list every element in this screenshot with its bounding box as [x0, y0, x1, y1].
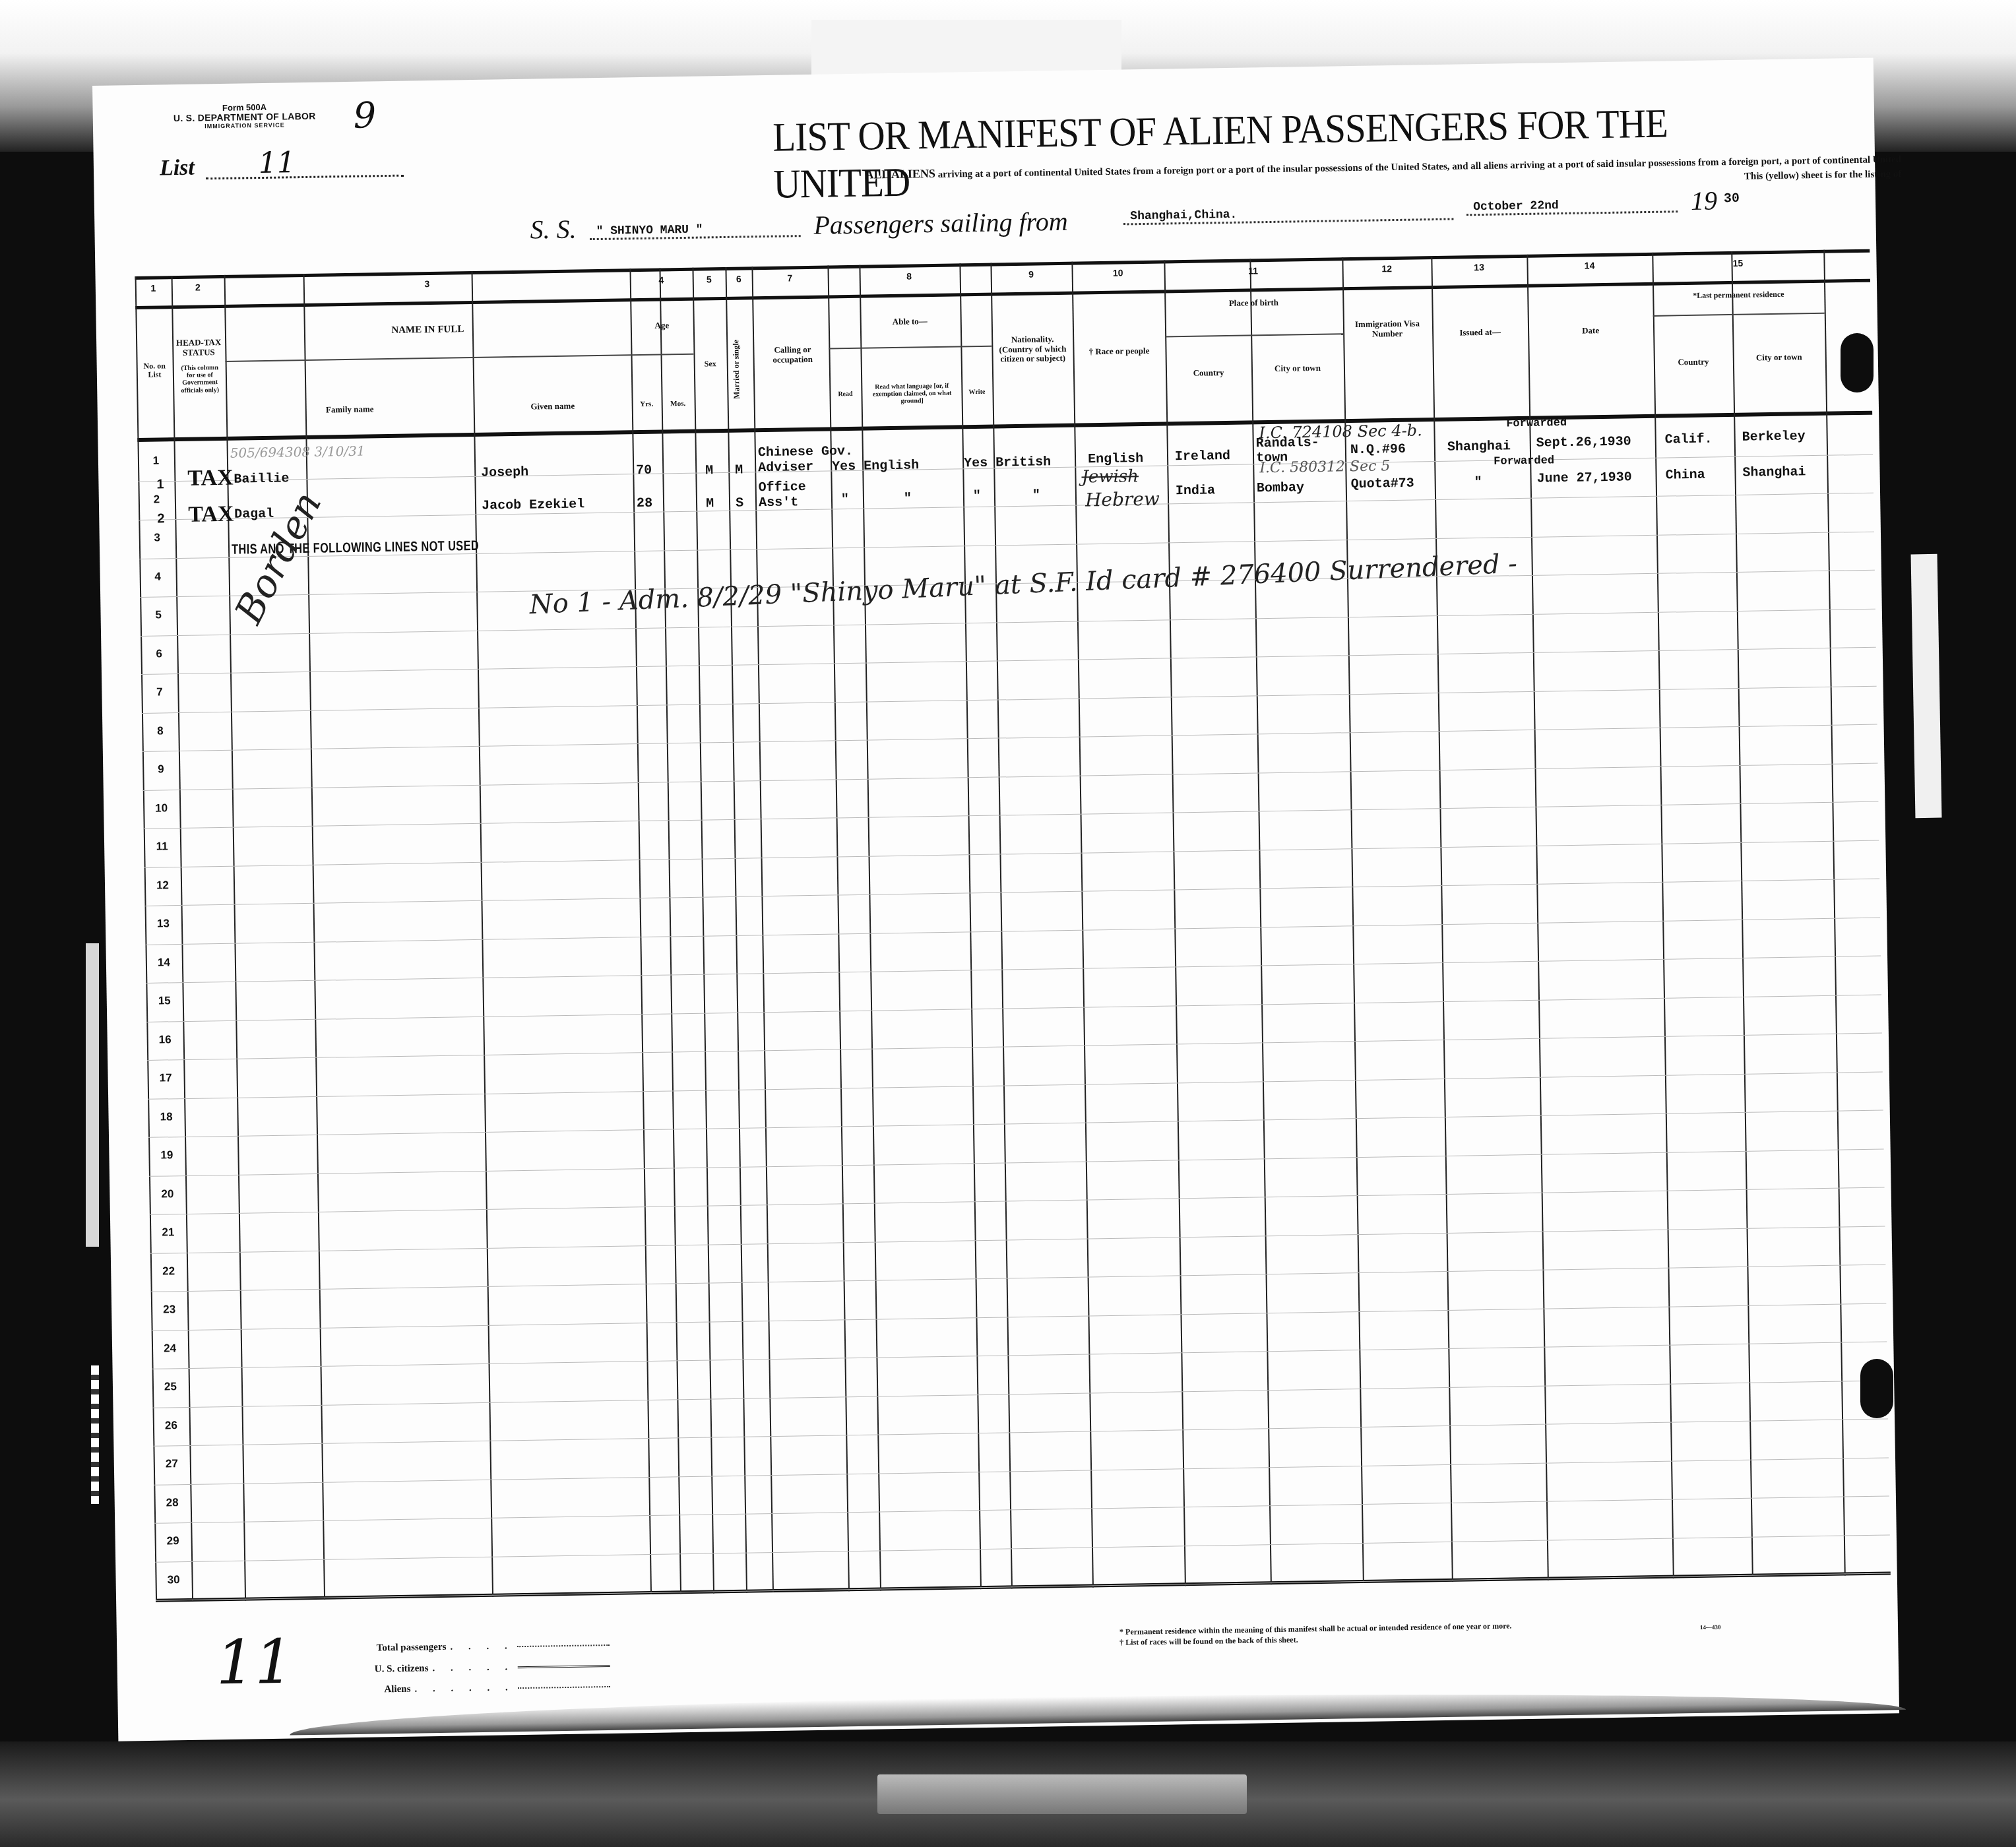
row1-nationality: British [995, 455, 1051, 470]
row-number: 29 [155, 1534, 191, 1548]
departure-date: October 22nd [1466, 197, 1678, 216]
total-passengers-field [518, 1644, 610, 1647]
colnum: 1 [135, 282, 172, 294]
row-number: 19 [148, 1148, 185, 1162]
row2-race-struck: Jewish [1081, 466, 1139, 487]
subrule [829, 346, 992, 350]
row2-forwarded: Forwarded [1494, 455, 1554, 468]
subtitle-lead: ALL ALIENS [865, 167, 935, 181]
row1-occupation-l2: Adviser [758, 460, 813, 475]
subrule [1165, 333, 1343, 337]
header-age-mos: Mos. [662, 400, 695, 408]
header-family-name: Family name [226, 403, 474, 416]
row1-visa-date: Sept.26,1930 [1536, 435, 1631, 450]
form-code: 14—430 [1700, 1624, 1721, 1631]
row-rule [152, 1342, 1887, 1369]
row1-res-country: Calif. [1665, 432, 1713, 447]
colnum: 6 [726, 273, 752, 284]
row2-age: 28 [637, 497, 652, 511]
subrule [226, 354, 694, 362]
row1-forwarded: Forwarded [1506, 418, 1567, 430]
departure-port: Shanghai,China. [1123, 205, 1453, 226]
row-number: 9 [142, 763, 179, 776]
footer: 11 Total passengers. . . . U. S. citizen… [156, 1588, 1892, 1727]
row-number: 4 [140, 570, 176, 584]
header-res-city: City or town [1733, 352, 1825, 363]
row-number: 26 [153, 1418, 189, 1432]
row-rule [149, 1148, 1884, 1176]
header-issued-at: Issued at— [1432, 327, 1528, 338]
paper-edge-strip-left [86, 943, 99, 1247]
header-date: Date [1528, 325, 1653, 337]
row1-married: M [735, 464, 743, 478]
header-age: Age [631, 321, 693, 331]
row1-res-city: Berkeley [1742, 429, 1806, 445]
row-number: 8 [142, 724, 178, 738]
header-age-yrs: Yrs. [632, 400, 662, 409]
row2-res-city: Shanghai [1742, 465, 1806, 480]
header-able-to: Able to— [829, 316, 992, 328]
voyage-line: S. S. " SHINYO MARU " Passengers sailing… [530, 193, 1916, 254]
colnum: 15 [1652, 257, 1823, 270]
row2-race: Hebrew [1085, 488, 1160, 511]
row-number: 25 [152, 1380, 189, 1394]
header-write: Write [961, 389, 992, 396]
row-number: 22 [150, 1264, 187, 1278]
vline [1823, 250, 1846, 1576]
row-number: 21 [150, 1226, 186, 1239]
aliens-label: Aliens [384, 1679, 411, 1701]
header-nationality: Nationality. (Country of which citizen o… [993, 334, 1072, 364]
colnum: 3 [224, 275, 630, 292]
us-citizens-field [518, 1665, 610, 1668]
header-calling: Calling or occupation [763, 345, 822, 365]
row-number: 14 [146, 956, 182, 970]
header-sex: Sex [694, 360, 727, 369]
year-prefix: 19 [1691, 185, 1718, 216]
vline [1652, 253, 1674, 1579]
row-rule [151, 1265, 1886, 1292]
header-place-of-birth: Place of birth [1164, 297, 1342, 309]
row2-res-country: China [1665, 468, 1705, 483]
row-number: 13 [145, 917, 181, 931]
row2-family-name: Dagal [234, 507, 274, 522]
row-rule [141, 608, 1875, 636]
admission-remark: No 1 - Adm. 8/2/29 "Shinyo Maru" at S.F.… [529, 549, 1518, 621]
corner-mark: 9 [353, 94, 376, 137]
header-birth-country: Country [1166, 367, 1251, 379]
row-number: 15 [146, 994, 183, 1008]
header-head-tax: HEAD-TAX STATUS [175, 338, 222, 358]
colnum: 8 [828, 270, 991, 283]
punch-hole [1841, 333, 1874, 392]
row-rule [144, 801, 1879, 829]
aliens-field [519, 1686, 611, 1689]
row1-write: Yes [964, 456, 988, 471]
row2-read: " [841, 493, 849, 507]
row-number: 12 [144, 879, 181, 892]
row-number: 28 [154, 1495, 191, 1509]
row1-visa-number: N.Q.#96 [1350, 443, 1406, 457]
scanner-tab [877, 1774, 1247, 1814]
row-rule [153, 1418, 1888, 1446]
us-citizens-label: U. S. citizens [375, 1658, 429, 1680]
vline [1731, 251, 1753, 1577]
row-rule [155, 1534, 1890, 1562]
colnum: 2 [172, 282, 224, 293]
row-rule [152, 1380, 1887, 1408]
row-number: 1 [138, 454, 174, 468]
row-number: 10 [143, 801, 179, 815]
subrule [1653, 313, 1825, 317]
row2-language: " [904, 492, 912, 506]
colnum: 9 [991, 268, 1072, 280]
row-rule [150, 1226, 1885, 1253]
row2-visa-number: Quota#73 [1351, 477, 1414, 492]
row-number: 2 [139, 493, 175, 507]
row-number: 11 [144, 840, 180, 854]
header-race: † Race or people [1073, 346, 1165, 358]
year-suffix: 30 [1717, 191, 1746, 207]
vline [135, 276, 158, 1602]
row1-family-name: Baillie [234, 472, 289, 486]
header-married: Married or single [732, 320, 742, 419]
header-res-country: Country [1654, 357, 1733, 367]
header-birth-city: City or town [1251, 363, 1344, 374]
header-given-name: Given name [474, 400, 632, 412]
row2-visa-date: June 27,1930 [1536, 470, 1631, 485]
row-rule [143, 763, 1878, 790]
row1-given-name: Joseph [481, 466, 528, 480]
row-number: 23 [151, 1303, 187, 1317]
row-rule [154, 1495, 1889, 1523]
colnum: 7 [752, 272, 828, 284]
row2-occupation-l2: Ass't [759, 495, 798, 510]
row1-sex: M [705, 464, 713, 478]
row-rule [146, 956, 1881, 984]
footnotes: * Permanent residence within the meaning… [1119, 1620, 1512, 1648]
row-rule [142, 724, 1877, 752]
header-no-on-list: No. on List [137, 361, 173, 380]
row-rule [147, 1033, 1882, 1061]
file-number: 505/694308 3/10/31 [230, 443, 365, 461]
row2-sex: M [706, 497, 714, 511]
row-rule [148, 1110, 1883, 1138]
paper-edge-strip [1911, 554, 1942, 819]
vline [1527, 255, 1549, 1581]
punch-hole [1860, 1359, 1893, 1418]
row-rule [139, 493, 1874, 520]
sailing-label: Passengers sailing from [813, 206, 1068, 241]
list-label: List [160, 156, 195, 181]
form-meta: Form 500A U. S. DEPARTMENT OF LABOR IMMI… [145, 102, 344, 131]
header-last-residence: *Last permanent residence [1653, 290, 1824, 301]
row1-birth-city-l1: Randals- [1256, 436, 1319, 451]
list-line [206, 175, 404, 180]
row2-hand-visa-note: I.C. 580312 Sec 5 [1259, 458, 1390, 476]
row-number: 7 [141, 685, 177, 699]
row2-write: " [973, 489, 981, 503]
vline [659, 268, 681, 1594]
row-number: 20 [149, 1187, 185, 1201]
list-number: 11 [258, 146, 296, 180]
row2-no: 2 [157, 512, 164, 526]
row1-language: English [864, 458, 919, 473]
header-head-tax-note: (This column for use of Government offic… [177, 364, 223, 394]
row-rule [148, 1071, 1883, 1099]
ship-name: " SHINYO MARU " [589, 222, 800, 240]
row1-birth-country: Ireland [1175, 449, 1230, 464]
row2-nationality: " [1032, 489, 1040, 503]
row-number: 6 [141, 647, 177, 661]
total-passengers-label: Total passengers [376, 1637, 446, 1659]
colnum: 14 [1527, 259, 1652, 272]
row2-occupation-l1: Office [759, 480, 806, 495]
colnum: 11 [1164, 264, 1342, 277]
row-number: 16 [147, 1033, 183, 1047]
colnum: 12 [1342, 263, 1431, 274]
row-number: 27 [154, 1457, 190, 1471]
vline [303, 274, 326, 1600]
row-number: 17 [147, 1071, 183, 1085]
header-read: Read [829, 391, 861, 398]
row2-married: S [736, 497, 743, 511]
header-name-in-full: NAME IN FULL [225, 321, 631, 338]
row2-birth-country: India [1176, 484, 1215, 498]
colnum: 4 [630, 274, 693, 286]
row2-given-name: Jacob Ezekiel [482, 497, 584, 513]
row-number: 30 [155, 1573, 191, 1586]
row1-read: Yes [832, 460, 856, 474]
row1-no: 1 [156, 478, 164, 491]
colnum: 5 [693, 274, 726, 285]
manifest-table: 1 2 3 4 5 6 7 8 9 10 11 12 13 14 15 No. … [135, 249, 1891, 1602]
row-rule [146, 994, 1881, 1022]
row-rule [141, 647, 1876, 675]
row-number: 3 [139, 531, 175, 545]
row-rule [154, 1457, 1889, 1485]
row1-head-tax: TAX [187, 466, 234, 491]
row2-issued-at: " [1474, 476, 1482, 489]
row-rule [144, 840, 1879, 867]
row-number: 24 [152, 1341, 188, 1355]
manifest-sheet: Form 500A U. S. DEPARTMENT OF LABOR IMMI… [92, 58, 1899, 1741]
row-rule [142, 685, 1877, 713]
row1-race: English [1088, 452, 1143, 466]
totals-block: Total passengers. . . . U. S. citizens. … [374, 1635, 611, 1701]
row-number: 5 [140, 608, 176, 622]
row-rule [145, 879, 1880, 906]
header-visa-number: Immigration Visa Number [1344, 319, 1430, 339]
footer-handwritten-number: 11 [216, 1627, 294, 1699]
row1-occupation-l1: Chinese Gov. [758, 445, 853, 460]
colnum: 10 [1072, 267, 1164, 279]
ss-label: S. S. [530, 214, 577, 245]
row-number: 18 [148, 1110, 184, 1124]
row-rule [145, 917, 1880, 945]
colnum: 13 [1431, 261, 1527, 273]
row2-birth-city: Bombay [1257, 481, 1304, 495]
header-read-language: Read what language [or, if exemption cla… [862, 382, 962, 406]
row-rule [152, 1303, 1887, 1330]
row-rule [150, 1187, 1885, 1215]
row1-issued-at: Shanghai [1447, 439, 1511, 454]
microfilm-label [91, 1365, 99, 1504]
row2-head-tax: TAX [188, 503, 234, 527]
row1-age: 70 [636, 464, 652, 478]
